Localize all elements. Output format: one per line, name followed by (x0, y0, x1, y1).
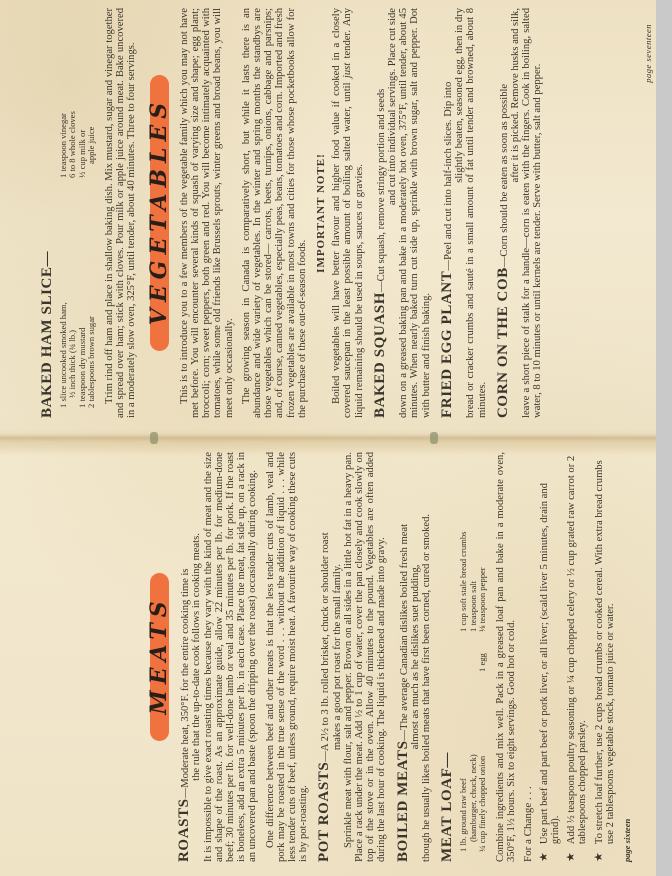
baked-squash-lead-second: and cut into individual servings. Place … (387, 8, 398, 418)
boiled-meats-heading: BOILED MEATS—The average Canadian dislik… (398, 452, 410, 862)
important-note-heading: IMPORTANT NOTE! (316, 8, 327, 418)
gutter-fold (0, 434, 672, 442)
baked-ham-ingredients: 1 slice uncooked smoked ham, ½ inch thic… (59, 8, 96, 408)
corn-on-cob-lead-second: after it is picked. Remove husks and sil… (510, 8, 521, 418)
scan-edge (656, 0, 672, 876)
variation-item: ★ To stretch loaf further, use 2 cups br… (594, 452, 616, 862)
baked-ham-heading: BAKED HAM SLICE— (42, 8, 53, 418)
fried-egg-plant-body: bread or cracker crumbs and sauté in a s… (465, 8, 487, 418)
boiled-meats-lead-second: almost as much as he dislikes suet puddi… (410, 452, 421, 862)
page-number: page sixteen (622, 452, 633, 862)
vegetables-season: The growing season in Canada is comparat… (241, 8, 308, 418)
important-note-body: Boiled vegetables will have better flavo… (331, 8, 365, 418)
ingredients-column: 1 egg (478, 632, 487, 672)
variations-heading: For a Change . . . (523, 452, 534, 862)
ingredients-column: 1 cup soft stale bread crumbs 1 teaspoon… (459, 452, 487, 632)
pot-roasts-heading: POT ROASTS—A 2½ to 3 lb. rolled brisket,… (319, 452, 331, 862)
pot-roasts-lead-second: makes a good pot roast for the small fam… (332, 452, 343, 862)
cookbook-spread: MEATS ROASTS—Moderate heat, 350°F. for t… (0, 0, 672, 876)
baked-squash-body: down on a greased baking pan and bake in… (398, 8, 432, 418)
corn-on-cob-heading: CORN ON THE COB—Corn should be eaten as … (498, 8, 510, 418)
baked-ham-body: Trim rind off ham and place in shallow b… (104, 8, 138, 418)
staple-top (150, 432, 158, 444)
ingredients-column: 1 lb. ground raw beef (hamburger, chuck,… (459, 672, 487, 852)
fried-egg-plant-lead-second: slightly beaten, seasoned egg, then in d… (454, 8, 465, 418)
star-icon: ★ (566, 852, 588, 862)
roasts-heading: ROASTS—Moderate heat, 350°F. for the ent… (179, 452, 191, 862)
page-number: page seventeen (643, 24, 654, 83)
corn-on-cob-body: leave a short piece of stalk for a handl… (521, 8, 543, 418)
vegetables-intro: This is to introduce you to a few member… (179, 8, 235, 418)
meats-banner: MEATS (150, 573, 169, 740)
boiled-meats-body: though he usually likes boiled meats tha… (421, 452, 432, 862)
staple-bottom (430, 432, 438, 444)
roasts-body-2: One difference between beef and other me… (265, 452, 310, 862)
page-seventeen: BAKED HAM SLICE— 1 slice uncooked smoked… (0, 8, 672, 418)
fried-egg-plant-heading: FRIED EGG PLANT—Peel and cut into half-i… (442, 8, 454, 418)
roasts-lead-second: the rule that the up-to-date cook follow… (191, 452, 202, 862)
vegetables-banner: VEGETABLES (150, 75, 169, 351)
variation-item: ★ Add ½ teaspoon poultry seasoning or ¼ … (566, 452, 588, 862)
ingredients-column: 1 teaspoon vinegar 6 to 8 whole cloves ½… (59, 8, 96, 238)
meat-loaf-body: Combine ingredients and mix well. Pack i… (495, 452, 517, 862)
meat-loaf-heading: MEAT LOAF— (442, 452, 453, 862)
star-icon: ★ (539, 852, 561, 862)
meat-loaf-ingredients: 1 lb. ground raw beef (hamburger, chuck,… (459, 452, 487, 852)
baked-squash-heading: BAKED SQUASH—Cut squash, remove stringy … (375, 8, 387, 418)
ingredients-column: 1 slice uncooked smoked ham, ½ inch thic… (59, 238, 96, 408)
page-sixteen: MEATS ROASTS—Moderate heat, 350°F. for t… (0, 452, 672, 862)
star-icon: ★ (594, 852, 616, 862)
variation-item: ★ Use part beef and part beef or pork li… (539, 452, 561, 862)
roasts-body: It is impossible to give exact roasting … (203, 452, 259, 862)
pot-roasts-body: Sprinkle meat with flour, salt and peppe… (343, 452, 388, 862)
